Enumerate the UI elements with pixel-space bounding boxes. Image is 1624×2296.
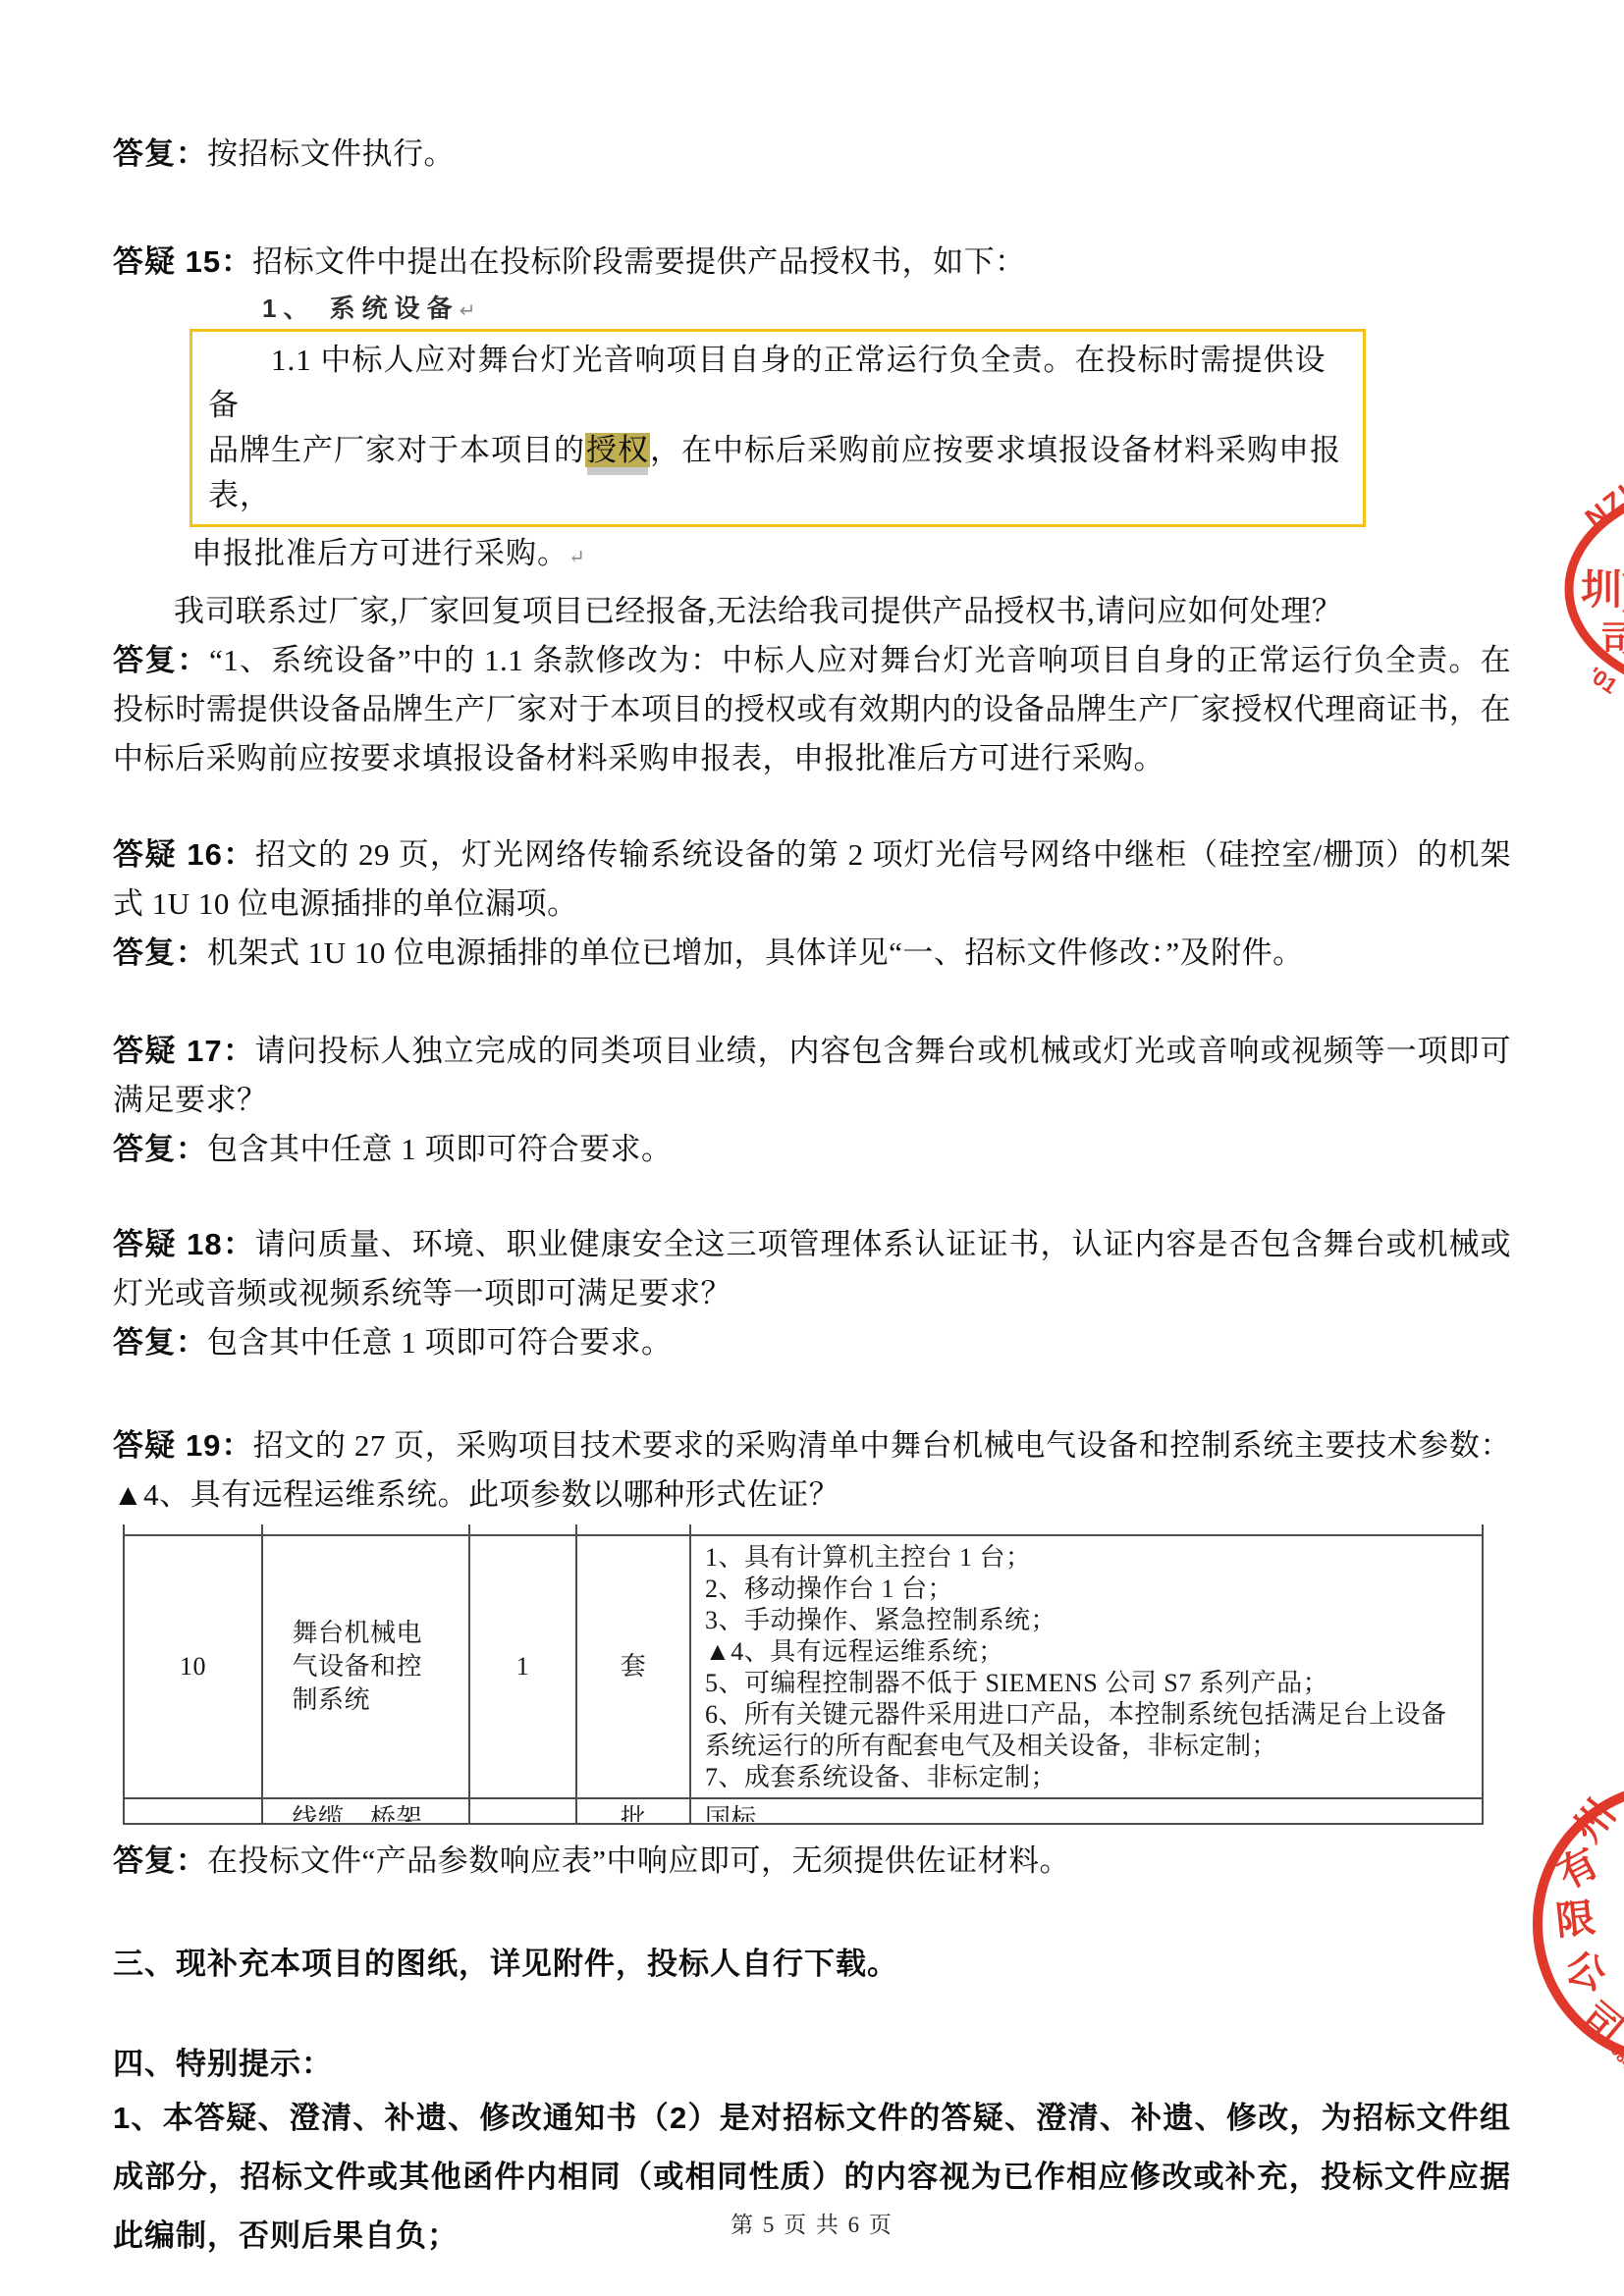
stub-cell xyxy=(690,1524,1483,1535)
spec-line: 7、成套系统设备、非标定制； xyxy=(705,1762,1472,1793)
q16-block: 答疑 16：招文的 29 页，灯光网络传输系统设备的第 2 项灯光信号网络中继柜… xyxy=(113,830,1511,978)
seal-oval-border xyxy=(1569,483,1624,695)
spec-line: 3、手动操作、紧急控制系统； xyxy=(705,1605,1472,1636)
snippet-line-2: 品牌生产厂家对于本项目的授权，在中标后采购前应按要求填报设备材料采购申报表， xyxy=(208,428,1347,518)
q19-reply-text: 在投标文件“产品参数响应表”中响应即可，无须提供佐证材料。 xyxy=(207,1843,1070,1878)
q18-question-text: 请问质量、环境、职业健康安全这三项管理体系认证证书，认证内容是否包含舞台或机械或… xyxy=(113,1227,1511,1310)
cell-item-no: 10 xyxy=(124,1535,262,1798)
section-4-item-1: 1、本答疑、澄清、补遗、修改通知书（2）是对招标文件的答疑、澄清、补遗、修改，为… xyxy=(113,2089,1511,2266)
clipped-text xyxy=(125,1800,261,1822)
q16-question-text: 招文的 29 页，灯光网络传输系统设备的第 2 项灯光信号网络中继柜（硅控室/栅… xyxy=(113,837,1511,921)
spec-line: 5、可编程控制器不低于 SIEMENS 公司 S7 系列产品； xyxy=(705,1668,1472,1699)
seal-char: 限 xyxy=(1553,1896,1597,1944)
spec-line: ▲4、具有远程运维系统； xyxy=(705,1636,1472,1668)
spec-list: 1、具有计算机主控台 1 台； 2、移动操作台 1 台； 3、手动操作、紧急控制… xyxy=(691,1536,1482,1797)
clipped-desc: 国标 xyxy=(691,1800,1482,1822)
snippet-heading: 1、 系统设备↵ xyxy=(262,293,1511,327)
document-content: 答复：按招标文件执行。 答疑 15：招标文件中提出在投标阶段需要提供产品授权书，… xyxy=(113,0,1511,2266)
cell-desc-clipped: 国标 xyxy=(690,1798,1483,1824)
q15-question-text: 招标文件中提出在投标阶段需要提供产品授权书，如下： xyxy=(252,244,1026,279)
q15-question-paragraph: 答疑 15：招标文件中提出在投标阶段需要提供产品授权书，如下： xyxy=(113,238,1511,287)
cell-unit: 套 xyxy=(576,1535,690,1798)
stub-cell xyxy=(262,1524,469,1535)
q16-reply-text: 机架式 1U 10 位电源插排的单位已增加，具体详见“一、招标文件修改：”及附件… xyxy=(207,935,1304,970)
q15-reply-paragraph: 答复：“1、系统设备”中的 1.1 条款修改为：中标人应对舞台灯光音响项目自身的… xyxy=(113,636,1511,783)
snippet-line-1: 1.1 中标人应对舞台灯光音响项目自身的正常运行负全责。在投标时需提供设备 xyxy=(208,338,1347,428)
stub-cell xyxy=(469,1524,576,1535)
stub-cell xyxy=(576,1524,690,1535)
clipped-text: 国标 xyxy=(691,1800,1482,1822)
q17-question-text: 请问投标人独立完成的同类项目业绩，内容包含舞台或机械或灯光或音响或视频等一项即可… xyxy=(113,1034,1511,1117)
snippet-heading-text: 1、 系统设备 xyxy=(262,294,460,323)
document-page: 答复：按招标文件执行。 答疑 15：招标文件中提出在投标阶段需要提供产品授权书，… xyxy=(0,0,1624,2296)
q18-label: 答疑 18： xyxy=(113,1227,255,1261)
seal-latin-text: NZH xyxy=(1580,474,1624,534)
company-seal-bottom-graphic: 州 有 限 公 司 984 xyxy=(1528,1780,1624,2068)
seal-char: 公 xyxy=(1560,1946,1611,1999)
stub-cell xyxy=(124,1524,262,1535)
q17-reply-text: 包含其中任意 1 项即可符合要求。 xyxy=(207,1132,673,1166)
q17-block: 答疑 17：请问投标人独立完成的同类项目业绩，内容包含舞台或机械或灯光或音响或视… xyxy=(113,1027,1511,1174)
item-name-text: 舞台机械电气设备和控制系统 xyxy=(293,1617,440,1717)
spec-line: 6、所有关键元器件采用进口产品，本控制系统包括满足台上设备系统运行的所有配套电气… xyxy=(705,1699,1472,1762)
clipped-name: 线缆、桥架 xyxy=(293,1800,440,1822)
spec-table-wrapper: 10 舞台机械电气设备和控制系统 1 套 1、具有计算机主控台 1 台； 2、移… xyxy=(123,1524,1511,1825)
q15-reply-text: “1、系统设备”中的 1.1 条款修改为：中标人应对舞台灯光音响项目自身的正常运… xyxy=(113,643,1511,775)
q16-reply-label: 答复： xyxy=(113,935,207,970)
reply-14-paragraph: 答复：按招标文件执行。 xyxy=(113,130,1511,179)
q18-block: 答疑 18：请问质量、环境、职业健康安全这三项管理体系认证证书，认证内容是否包含… xyxy=(113,1220,1511,1367)
snippet-line-3: 申报批准后方可进行采购。↵ xyxy=(191,531,1511,580)
q17-question-paragraph: 答疑 17：请问投标人独立完成的同类项目业绩，内容包含舞台或机械或灯光或音响或视… xyxy=(113,1027,1511,1125)
q16-question-paragraph: 答疑 16：招文的 29 页，灯光网络传输系统设备的第 2 项灯光信号网络中继柜… xyxy=(113,830,1511,929)
seal-char: 司 xyxy=(1600,620,1624,662)
q18-reply-text: 包含其中任意 1 项即可符合要求。 xyxy=(207,1325,673,1360)
cell-unit-clipped: 批 xyxy=(576,1798,690,1824)
seal-char: 圳) xyxy=(1581,566,1624,613)
q19-block: 答疑 19：招文的 27 页，采购项目技术要求的采购清单中舞台机械电气设备和控制… xyxy=(113,1421,1511,1520)
q15-followup-paragraph: 我司联系过厂家,厂家回复项目已经报备,无法给我司提供产品授权书,请问应如何处理？ xyxy=(113,587,1511,636)
q17-reply-paragraph: 答复：包含其中任意 1 项即可符合要求。 xyxy=(113,1125,1511,1174)
highlighted-term: 授权 xyxy=(585,433,650,467)
clipped-unit: 批 xyxy=(577,1800,689,1822)
seal-char: 有 xyxy=(1551,1841,1606,1897)
cell-specs: 1、具有计算机主控台 1 台； 2、移动操作台 1 台； 3、手动操作、紧急控制… xyxy=(690,1535,1483,1798)
company-seal-top-graphic: NZH 圳) 司 '01 LTD xyxy=(1551,474,1624,704)
q18-reply-paragraph: 答复：包含其中任意 1 项即可符合要求。 xyxy=(113,1318,1511,1367)
snippet-line-3-text: 申报批准后方可进行采购。 xyxy=(191,536,568,570)
cell-qty-clipped xyxy=(469,1798,576,1824)
seal-char: 州 xyxy=(1565,1792,1623,1850)
clipped-text xyxy=(470,1800,575,1822)
q15-label: 答疑 15： xyxy=(113,244,252,279)
cell-item-no-clipped xyxy=(124,1798,262,1824)
q16-label: 答疑 16： xyxy=(113,837,255,872)
seal-circle-border xyxy=(1538,1787,1624,2061)
spec-line: 2、移动操作台 1 台； xyxy=(705,1574,1472,1605)
clipped-text: 线缆、桥架 xyxy=(263,1800,468,1822)
q16-reply-paragraph: 答复：机架式 1U 10 位电源插排的单位已增加，具体详见“一、招标文件修改：”… xyxy=(113,929,1511,978)
cell-item-name: 舞台机械电气设备和控制系统 xyxy=(262,1535,469,1798)
q18-question-paragraph: 答疑 18：请问质量、环境、职业健康安全这三项管理体系认证证书，认证内容是否包含… xyxy=(113,1220,1511,1318)
company-seal-top: NZH 圳) 司 '01 LTD xyxy=(1551,474,1624,704)
clipped-table-row-top xyxy=(124,1524,1483,1535)
q17-reply-label: 答复： xyxy=(113,1132,207,1166)
spec-line: 1、具有计算机主控台 1 台； xyxy=(705,1542,1472,1574)
clipped-table-row-bottom: 线缆、桥架 批 国标 xyxy=(124,1798,1483,1824)
q19-label: 答疑 19： xyxy=(113,1428,253,1463)
table-row-item-10: 10 舞台机械电气设备和控制系统 1 套 1、具有计算机主控台 1 台； 2、移… xyxy=(124,1535,1483,1798)
seal-latin-text: '01 xyxy=(1584,662,1622,698)
cell-item-name-clipped: 线缆、桥架 xyxy=(262,1798,469,1824)
snippet-line-2-pre: 品牌生产厂家对于本项目的 xyxy=(208,433,585,467)
q18-reply-label: 答复： xyxy=(113,1325,207,1360)
spec-table: 10 舞台机械电气设备和控制系统 1 套 1、具有计算机主控台 1 台； 2、移… xyxy=(123,1524,1484,1825)
section-4-heading: 四、特别提示： xyxy=(113,2040,1511,2089)
seal-digits: 984 xyxy=(1607,2043,1624,2068)
section-3-heading: 三、现补充本项目的图纸，详见附件，投标人自行下载。 xyxy=(113,1940,1511,1989)
company-seal-bottom: 州 有 限 公 司 984 xyxy=(1528,1780,1624,2068)
paragraph-return-mark: ↵ xyxy=(568,547,585,568)
q19-reply-label: 答复： xyxy=(113,1843,207,1878)
cell-quantity: 1 xyxy=(469,1535,576,1798)
paragraph-return-mark: ↵ xyxy=(460,300,476,322)
clipped-text: 批 xyxy=(577,1800,689,1822)
q19-reply-paragraph: 答复：在投标文件“产品参数响应表”中响应即可，无须提供佐证材料。 xyxy=(113,1837,1511,1886)
page-number: 第 5 页 共 6 页 xyxy=(0,2207,1624,2239)
q19-question-text: 招文的 27 页，采购项目技术要求的采购清单中舞台机械电气设备和控制系统主要技术… xyxy=(113,1428,1511,1512)
reply-text: 按招标文件执行。 xyxy=(207,136,455,171)
q15-reply-label: 答复： xyxy=(113,643,209,677)
q19-question-paragraph: 答疑 19：招文的 27 页，采购项目技术要求的采购清单中舞台机械电气设备和控制… xyxy=(113,1421,1511,1520)
q17-label: 答疑 17： xyxy=(113,1034,255,1068)
embedded-document-snippet: 1、 系统设备↵ 1.1 中标人应对舞台灯光音响项目自身的正常运行负全责。在投标… xyxy=(113,293,1511,580)
seal-char: 司 xyxy=(1573,1995,1624,2053)
reply-label: 答复： xyxy=(113,136,207,171)
yellow-highlight-box: 1.1 中标人应对舞台灯光音响项目自身的正常运行负全责。在投标时需提供设备 品牌… xyxy=(189,329,1366,527)
